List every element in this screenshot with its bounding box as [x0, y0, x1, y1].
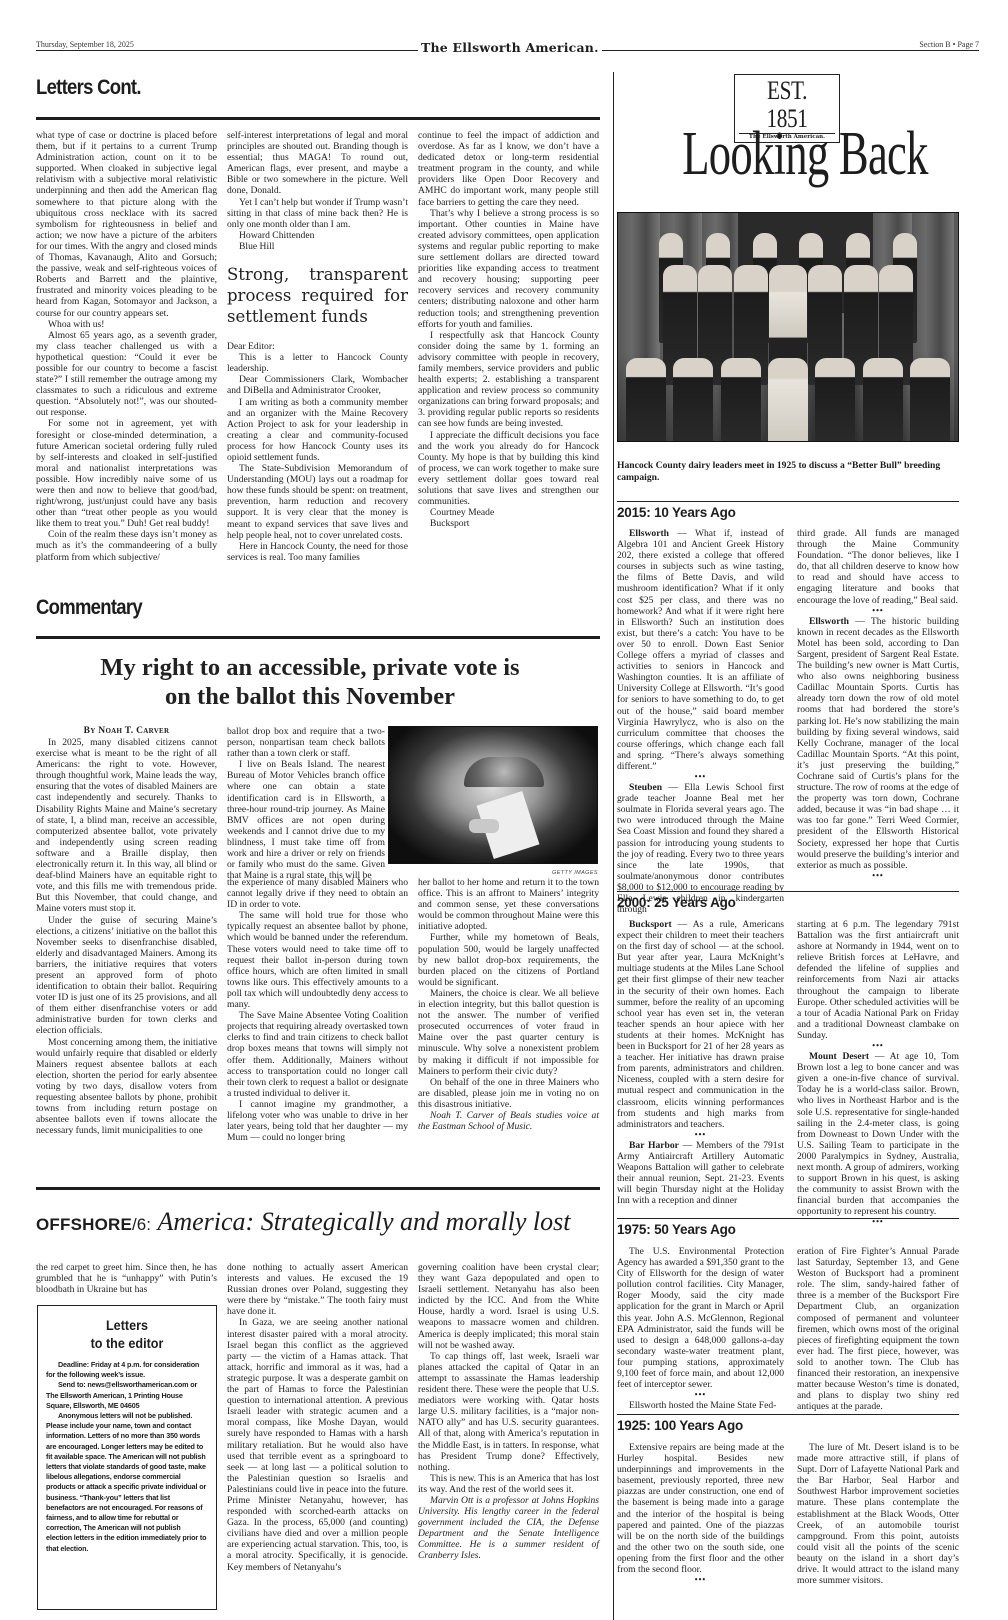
paragraph: To cap things off, last week, Israeli wa… [418, 1351, 599, 1473]
separator: ••• [617, 1575, 784, 1585]
section-rule [36, 636, 600, 639]
offshore-column-3: governing coalition have been crystal cl… [418, 1262, 599, 1562]
paragraph: governing coalition have been crystal cl… [418, 1262, 599, 1351]
lb-section-rule [617, 1414, 959, 1415]
item-text: — The historic building known in recent … [797, 616, 959, 871]
lb-section-rule [617, 891, 959, 892]
paragraph: Further, while my hometown of Beals, pop… [418, 932, 599, 987]
offshore-title: America: Strategically and morally lost [157, 1207, 570, 1236]
lb-2000-col2: starting at 6 p.m. The legendary 791st B… [797, 919, 959, 1227]
letter-signature-name: Howard Chittenden [227, 230, 408, 241]
section-page: Section B • Page 7 [919, 40, 979, 49]
looking-back-title: Looking Back [672, 122, 938, 186]
commentary-column-2-top: ballot drop box and require that a two-p… [227, 726, 385, 881]
photo-foliage [464, 757, 544, 787]
item-text: — At age 10, Tom Brown lost a leg to bon… [797, 1051, 959, 1217]
letter-headline: Strong, transparent process required for… [227, 264, 408, 327]
letter-column-2: self-interest interpretations of legal a… [227, 130, 408, 563]
paragraph: In 2025, many disabled citizens cannot e… [36, 737, 217, 915]
paragraph: Mainers, the choice is clear. We all bel… [418, 988, 599, 1077]
item-text: Extensive repairs are being made at the … [617, 1442, 784, 1575]
item-text: third grade. All funds are managed throu… [797, 528, 959, 606]
letters-policy-box: Letters to the editor Deadline: Friday a… [37, 1305, 217, 1610]
commentary-column-2-bottom: the experience of many disabled Mainers … [227, 877, 408, 1143]
byline: By Noah T. Carver [36, 726, 217, 736]
separator: ••• [797, 871, 959, 881]
item-text: starting at 6 p.m. The legendary 791st B… [797, 919, 959, 1041]
paragraph: continue to feel the impact of addiction… [418, 130, 599, 208]
letter-signature-town: Bucksport [418, 518, 599, 529]
policy-title-line1: Letters [54, 1316, 200, 1334]
paragraph: Almost 65 years ago, as a seventh grader… [36, 330, 217, 419]
item-text: eration of Fire Fighter’s Annual Parade … [797, 1246, 959, 1412]
paragraph: This is a letter to Hancock County leade… [227, 352, 408, 374]
paragraph: Most concerning among them, the initiati… [36, 1037, 217, 1137]
dateline: Bucksport [629, 919, 672, 930]
lb-heading-1925: 1925: 100 Years Ago [617, 1418, 743, 1433]
separator: ••• [617, 772, 784, 782]
paragraph: Under the guise of securing Maine’s elec… [36, 915, 217, 1037]
photo-hand [469, 819, 499, 833]
paragraph: This is new. This is an America that has… [418, 1473, 599, 1495]
item-text: The U.S. Environmental Protection Agency… [617, 1246, 784, 1390]
paragraph: done nothing to actually assert American… [227, 1262, 408, 1317]
paragraph: In Gaza, we are seeing another national … [227, 1317, 408, 1572]
dateline: Steuben [629, 782, 662, 793]
paper-name: The Ellsworth American. [418, 40, 602, 55]
photo-credit: GETTY IMAGES [388, 870, 598, 876]
paragraph: I appreciate the difficult decisions you… [418, 430, 599, 508]
paragraph: Yet I can’t help but wonder if Trump was… [227, 197, 408, 230]
issue-date: Thursday, September 18, 2025 [36, 40, 134, 49]
paragraph: Here in Hancock County, the need for tho… [227, 541, 408, 563]
author-tagline: Noah T. Carver of Beals studies voice at… [418, 1110, 599, 1132]
paragraph: The Save Maine Absentee Voting Coalition… [227, 1010, 408, 1099]
lb-1925-col1: Extensive repairs are being made at the … [617, 1442, 784, 1585]
policy-address: Send to: news@ellsworthamerican.com or T… [46, 1380, 208, 1411]
paragraph: ballot drop box and require that a two-p… [227, 726, 385, 759]
byline-author: Noah T. Carver [98, 726, 169, 736]
paragraph: I cannot imagine my grandmother, a lifel… [227, 1099, 408, 1143]
policy-rules: Deadline: Friday at 4 p.m. for considera… [46, 1360, 208, 1554]
author-tagline: Marvin Ott is a professor at Johns Hopki… [418, 1495, 599, 1562]
paragraph: For some not in agreement, yet with fore… [36, 418, 217, 529]
letter-signature-name: Courtney Meade [418, 507, 599, 518]
section-rule [36, 117, 600, 120]
commentary-column-3: her ballot to her home and return it to … [418, 877, 599, 1132]
dateline: Ellsworth [809, 616, 849, 627]
dateline: Ellsworth [629, 528, 669, 539]
offshore-headline: OFFSHORE/6: America: Strategically and m… [36, 1207, 571, 1237]
separator: ••• [797, 606, 959, 616]
paragraph: what type of case or doctrine is placed … [36, 130, 217, 319]
lb-1975-col1: The U.S. Environmental Protection Agency… [617, 1246, 784, 1411]
lb-heading-1975: 1975: 50 Years Ago [617, 1222, 736, 1237]
offshore-column-1-top: the red carpet to greet him. Since then,… [36, 1262, 217, 1295]
item-text: Ellsworth hosted the Maine State Fed- [617, 1400, 784, 1411]
paragraph: I am writing as both a community member … [227, 397, 408, 464]
policy-guidelines: Anonymous letters will not be published.… [46, 1411, 208, 1554]
lb-section-rule [617, 501, 959, 502]
paragraph: I respectfully ask that Hancock County c… [418, 330, 599, 430]
lb-1925-col2: The lure of Mt. Desert island is to be m… [797, 1442, 959, 1586]
offshore-kicker: OFFSHORE [36, 1215, 132, 1234]
paragraph: The State-Subdivision Memorandum of Unde… [227, 463, 408, 541]
lb-2015-col1: Ellsworth — What if, instead of Algebra … [617, 528, 784, 915]
paragraph: her ballot to her home and return it to … [418, 877, 599, 932]
section-title-letters: Letters Cont. [36, 76, 141, 100]
letter-column-3: continue to feel the impact of addiction… [418, 130, 599, 529]
column-divider [613, 72, 614, 1620]
policy-title-line2: to the editor [54, 1334, 200, 1352]
dateline: Mount Desert [809, 1051, 869, 1062]
lb-1975-col2: eration of Fire Fighter’s Annual Parade … [797, 1246, 959, 1412]
paragraph: Coin of the realm these days isn’t money… [36, 529, 217, 562]
lb-2000-col1: Bucksport — As a rule, Americans expect … [617, 919, 784, 1206]
ballot-mailbox-photo [388, 726, 598, 864]
salutation: Dear Editor: [227, 341, 408, 352]
letter-signature-town: Blue Hill [227, 241, 408, 252]
paragraph: The same will hold true for those who ty… [227, 910, 408, 1010]
paragraph: Whoa with us! [36, 319, 217, 330]
lb-heading-2000: 2000: 25 Years Ago [617, 895, 736, 910]
policy-box-title: Letters to the editor [54, 1316, 200, 1352]
paragraph: On behalf of the one in three Mainers wh… [418, 1077, 599, 1110]
separator: ••• [617, 1390, 784, 1400]
item-text: The lure of Mt. Desert island is to be m… [797, 1442, 959, 1586]
item-text: — As a rule, Americans expect their chil… [617, 919, 784, 1130]
lb-2015-col2: third grade. All funds are managed throu… [797, 528, 959, 881]
lb-section-rule [617, 1218, 959, 1219]
paragraph: self-interest interpretations of legal a… [227, 130, 408, 197]
commentary-headline: My right to an accessible, private vote … [100, 653, 520, 711]
paragraph: the red carpet to greet him. Since then,… [36, 1262, 217, 1295]
paragraph: I live on Beals Island. The nearest Bure… [227, 759, 385, 881]
photo-caption: Hancock County dairy leaders meet in 192… [617, 460, 962, 483]
letter-column-1: what type of case or doctrine is placed … [36, 130, 217, 563]
lb-heading-2015: 2015: 10 Years Ago [617, 505, 736, 520]
paragraph: the experience of many disabled Mainers … [227, 877, 408, 910]
paragraph: Dear Commissioners Clark, Wombacher and … [227, 374, 408, 396]
photo-row-front [618, 358, 958, 442]
section-title-commentary: Commentary [36, 596, 142, 620]
dairy-leaders-photo [617, 212, 959, 442]
offshore-column-2: done nothing to actually assert American… [227, 1262, 408, 1573]
item-text: — What if, instead of Algebra 101 and An… [617, 528, 784, 772]
byline-prefix: By [84, 726, 96, 736]
separator: ••• [617, 1130, 784, 1140]
separator: ••• [797, 1041, 959, 1051]
policy-deadline: Deadline: Friday at 4 p.m. for considera… [46, 1360, 208, 1380]
paragraph: That’s why I believe a strong process is… [418, 208, 599, 330]
commentary-column-1: In 2025, many disabled citizens cannot e… [36, 737, 217, 1136]
dateline: Bar Harbor [629, 1140, 679, 1151]
offshore-number: /6: [132, 1215, 151, 1234]
section-rule [36, 1187, 600, 1190]
